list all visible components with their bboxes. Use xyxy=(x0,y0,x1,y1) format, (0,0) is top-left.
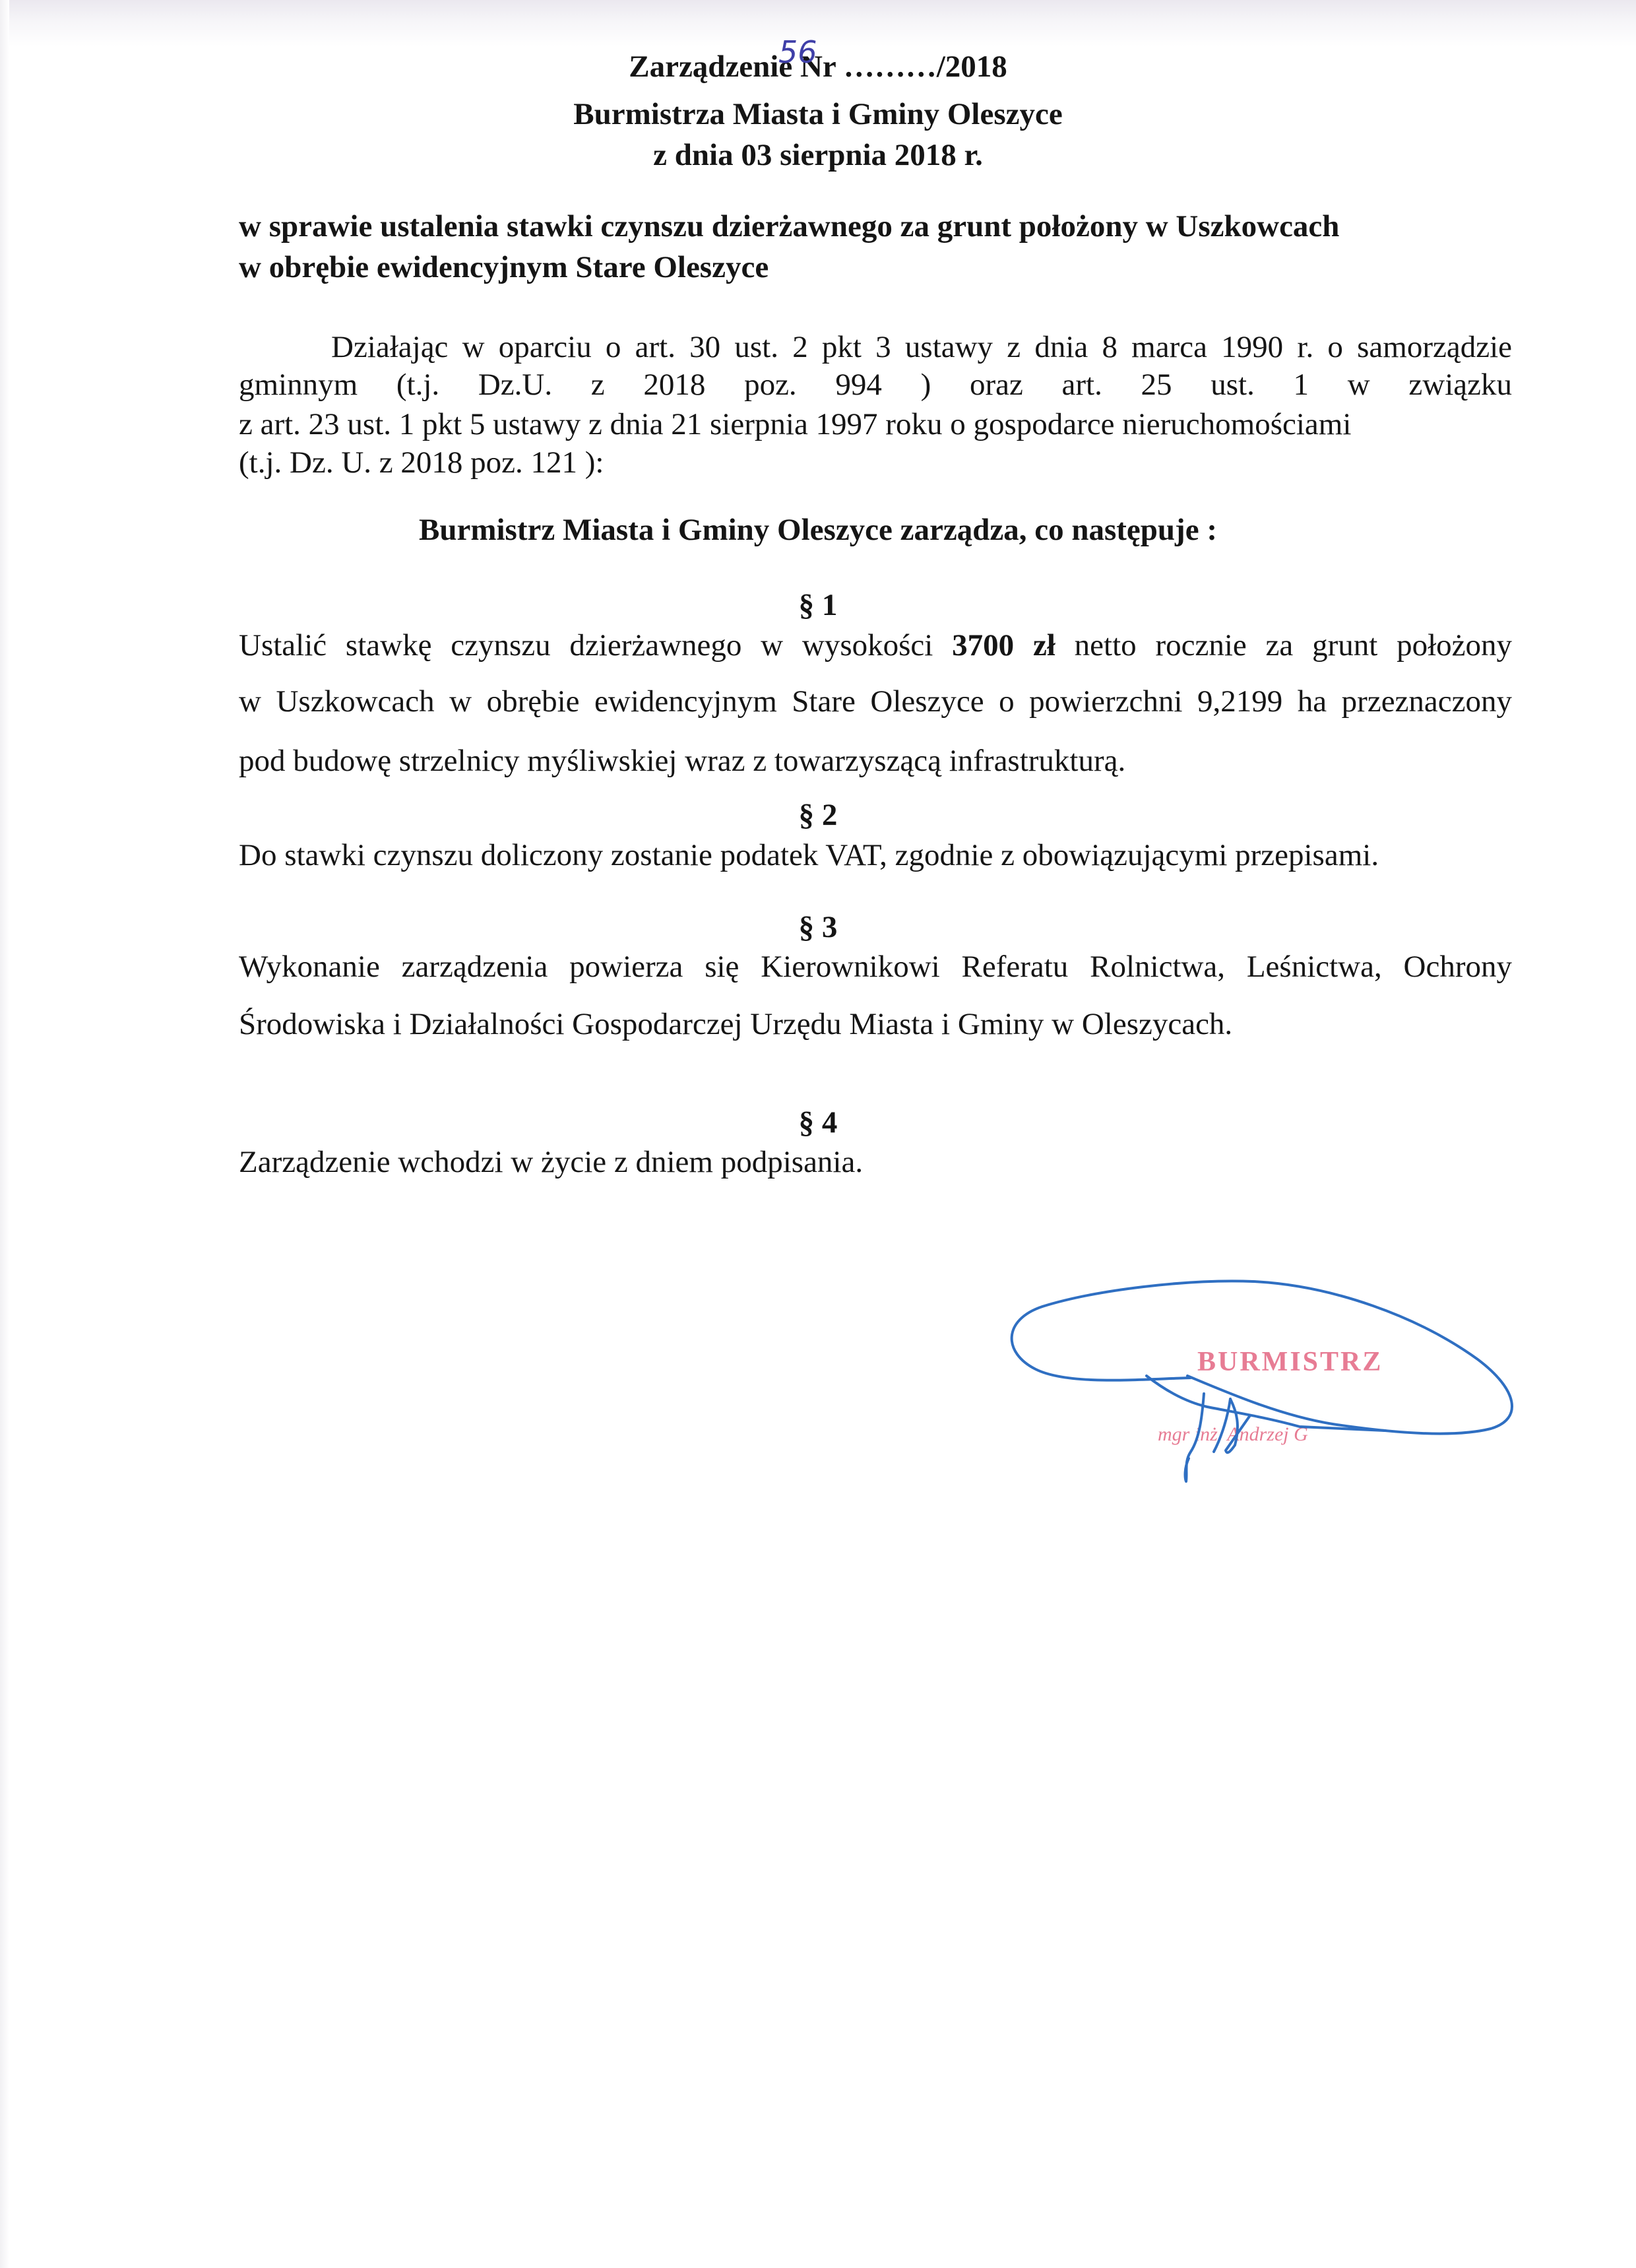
document-date: z dnia 03 sierpnia 2018 r. xyxy=(0,140,1636,171)
subject-line-2: w obrębie ewidencyjnym Stare Oleszyce xyxy=(239,252,769,283)
section-1-line-2: w Uszkowcach w obrębie ewidencyjnym Star… xyxy=(239,686,1512,717)
section-1-label: § 1 xyxy=(0,587,1636,623)
handwritten-signature xyxy=(990,1254,1550,1518)
document-title: Zarządzenie Nr ………/2018 xyxy=(0,51,1636,82)
section-2-label: § 2 xyxy=(0,797,1636,833)
preamble-line-1: Działając w oparciu o art. 30 ust. 2 pkt… xyxy=(239,332,1512,363)
scan-top-edge xyxy=(0,0,1636,46)
title-year: /2018 xyxy=(937,49,1007,84)
preamble-line-2: gminnym (t.j. Dz.U. z 2018 poz. 994 ) or… xyxy=(239,370,1512,401)
section-4-line-1: Zarządzenie wchodzi w życie z dniem podp… xyxy=(239,1147,863,1178)
document-issuer: Burmistrza Miasta i Gminy Oleszyce xyxy=(0,99,1636,130)
section-1-text-after: netto rocznie za grunt położony xyxy=(1055,628,1512,663)
section-2-line-1: Do stawki czynszu doliczony zostanie pod… xyxy=(239,840,1379,871)
section-3-line-2: Środowiska i Działalności Gospodarczej U… xyxy=(239,1009,1232,1040)
subject-line-1: w sprawie ustalenia stawki czynszu dzier… xyxy=(239,211,1339,242)
decree-intro: Burmistrz Miasta i Gminy Oleszyce zarząd… xyxy=(0,515,1636,546)
section-3-label: § 3 xyxy=(0,909,1636,945)
section-1-line-1: Ustalić stawkę czynszu dzierżawnego w wy… xyxy=(239,630,1512,661)
number-placeholder-dots: ……… xyxy=(844,49,937,84)
preamble-line-4: (t.j. Dz. U. z 2018 poz. 121 ): xyxy=(239,447,604,478)
section-3-line-1: Wykonanie zarządzenia powierza się Kiero… xyxy=(239,952,1512,983)
section-1-text: Ustalić stawkę czynszu dzierżawnego w wy… xyxy=(239,628,952,663)
handwritten-number: 56 xyxy=(778,34,817,70)
preamble-line-3: z art. 23 ust. 1 pkt 5 ustawy z dnia 21 … xyxy=(239,409,1351,440)
rent-amount: 3700 zł xyxy=(952,628,1055,663)
section-1-line-3: pod budowę strzelnicy myśliwskiej wraz z… xyxy=(239,746,1125,777)
section-4-label: § 4 xyxy=(0,1105,1636,1140)
